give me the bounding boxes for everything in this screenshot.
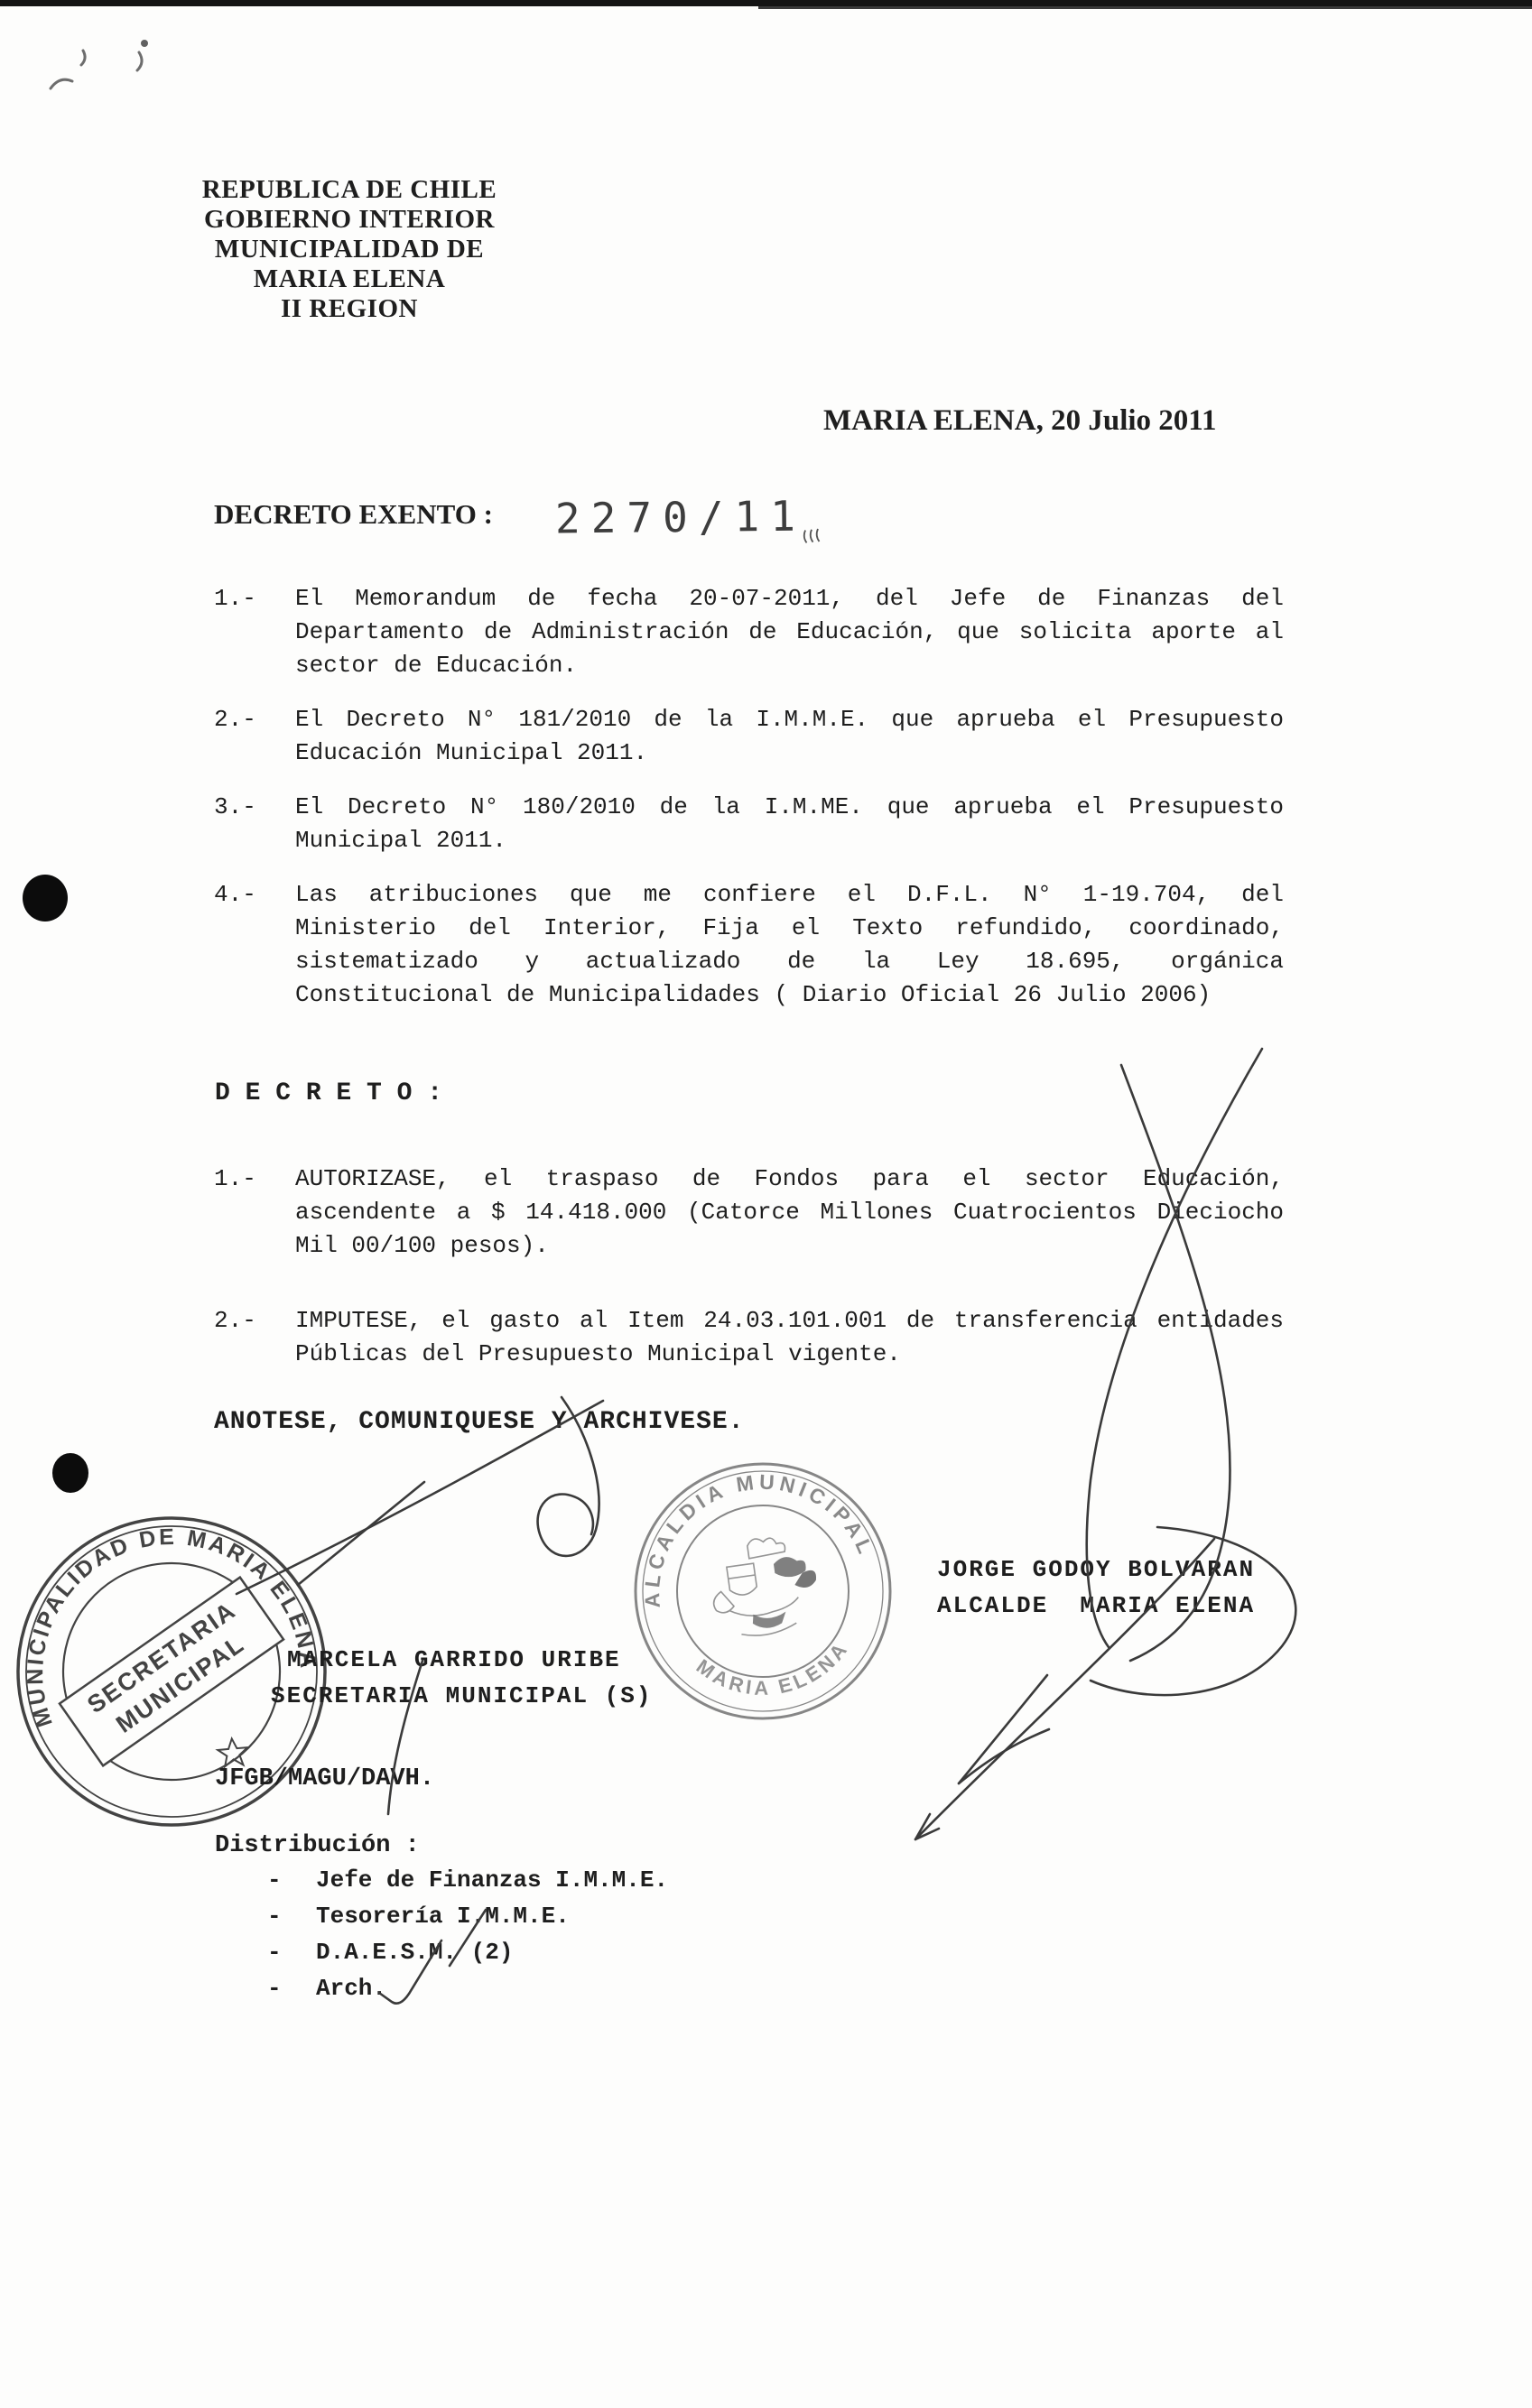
text-line: Constitucional de Municipalidades ( Diar… — [295, 978, 1284, 1012]
distribution-label: Distribución : — [215, 1832, 420, 1859]
item-text: AUTORIZASE, el traspaso de Fondos para e… — [295, 1162, 1284, 1263]
text-line: El Decreto N° 181/2010 de la I.M.M.E. qu… — [295, 703, 1284, 736]
text-line: Mil 00/100 pesos). — [295, 1229, 1284, 1263]
decreto-item: 2.-IMPUTESE, el gasto al Item 24.03.101.… — [214, 1304, 1284, 1371]
item-text: El Decreto N° 181/2010 de la I.M.M.E. qu… — [295, 703, 1284, 770]
distribution-item-label: D.A.E.S.M. (2) — [316, 1939, 513, 1975]
vistos-list: 1.-El Memorandum de fecha 20-07-2011, de… — [214, 582, 1284, 1033]
text-line: Departamento de Administración de Educac… — [295, 616, 1284, 649]
decree-number-stamp: 2270/11 — [555, 492, 806, 543]
text-line: Las atribuciones que me confiere el D.F.… — [295, 878, 1284, 912]
item-text: IMPUTESE, el gasto al Item 24.03.101.001… — [295, 1304, 1284, 1371]
decreto-item: 1.-AUTORIZASE, el traspaso de Fondos par… — [214, 1162, 1284, 1263]
distribution-item: -Jefe de Finanzas I.M.M.E. — [267, 1866, 668, 1903]
text-line: Municipal 2011. — [295, 824, 1284, 857]
visto-item: 3.-El Decreto N° 180/2010 de la I.M.ME. … — [214, 791, 1284, 857]
text-line: El Memorandum de fecha 20-07-2011, del J… — [295, 582, 1284, 616]
dash-bullet: - — [267, 1975, 316, 2011]
item-number: 2.- — [214, 703, 295, 770]
item-text: El Decreto N° 180/2010 de la I.M.ME. que… — [295, 791, 1284, 857]
date-line: MARIA ELENA, 20 Julio 2011 — [823, 404, 1216, 438]
letterhead: REPUBLICA DE CHILEGOBIERNO INTERIORMUNIC… — [155, 175, 543, 324]
item-number: 1.- — [214, 582, 295, 682]
decreto-list: 1.-AUTORIZASE, el traspaso de Fondos par… — [214, 1162, 1284, 1412]
text-line: ascendente a $ 14.418.000 (Catorce Millo… — [295, 1196, 1284, 1229]
dash-bullet: - — [267, 1903, 316, 1939]
item-number: 4.- — [214, 878, 295, 1012]
distribution-item-label: Tesorería I.M.M.E. — [316, 1903, 570, 1939]
visto-item: 4.-Las atribuciones que me confiere el D… — [214, 878, 1284, 1012]
letterhead-line: MUNICIPALIDAD DE — [155, 235, 543, 264]
dash-bullet: - — [267, 1939, 316, 1975]
dash-bullet: - — [267, 1866, 316, 1903]
item-number: 3.- — [214, 791, 295, 857]
distribution-item: -Arch. — [267, 1975, 668, 2011]
visto-item: 2.-El Decreto N° 181/2010 de la I.M.M.E.… — [214, 703, 1284, 770]
alcalde-title: ALCALDE MARIA ELENA — [937, 1592, 1255, 1619]
alcalde-name: JORGE GODOY BOLVARAN — [937, 1556, 1255, 1583]
text-line: Públicas del Presupuesto Municipal vigen… — [295, 1338, 1284, 1371]
closing-line: ANOTESE, COMUNIQUESE Y ARCHIVESE. — [214, 1408, 745, 1436]
letterhead-line: GOBIERNO INTERIOR — [155, 205, 543, 235]
item-text: El Memorandum de fecha 20-07-2011, del J… — [295, 582, 1284, 682]
typed-content: REPUBLICA DE CHILEGOBIERNO INTERIORMUNIC… — [0, 0, 1532, 2408]
distribution-item-label: Arch. — [316, 1975, 386, 2011]
text-line: IMPUTESE, el gasto al Item 24.03.101.001… — [295, 1304, 1284, 1338]
letterhead-line: II REGION — [155, 294, 543, 324]
distribution-item-label: Jefe de Finanzas I.M.M.E. — [316, 1866, 668, 1903]
distribution-item: -D.A.E.S.M. (2) — [267, 1939, 668, 1975]
visto-item: 1.-El Memorandum de fecha 20-07-2011, de… — [214, 582, 1284, 682]
decree-number-label: DECRETO EXENTO : — [214, 498, 493, 531]
letterhead-line: MARIA ELENA — [155, 264, 543, 294]
item-number: 2.- — [214, 1304, 295, 1371]
drafting-initials: JFGB/MAGU/DAVH. — [215, 1765, 434, 1792]
text-line: El Decreto N° 180/2010 de la I.M.ME. que… — [295, 791, 1284, 824]
letterhead-line: REPUBLICA DE CHILE — [155, 175, 543, 205]
text-line: Ministerio del Interior, Fija el Texto r… — [295, 912, 1284, 945]
text-line: sector de Educación. — [295, 649, 1284, 682]
secretaria-title: SECRETARIA MUNICIPAL (S) — [271, 1682, 652, 1709]
distribution-item: -Tesorería I.M.M.E. — [267, 1903, 668, 1939]
text-line: Educación Municipal 2011. — [295, 736, 1284, 770]
text-line: sistematizado y actualizado de la Ley 18… — [295, 945, 1284, 978]
document-page: MUNICIPALIDAD DE MARIA ELENA SECRETARIA … — [0, 0, 1532, 2408]
text-line: AUTORIZASE, el traspaso de Fondos para e… — [295, 1162, 1284, 1196]
decreto-heading: D E C R E T O : — [215, 1079, 442, 1107]
item-text: Las atribuciones que me confiere el D.F.… — [295, 878, 1284, 1012]
item-number: 1.- — [214, 1162, 295, 1263]
distribution-list: -Jefe de Finanzas I.M.M.E.-Tesorería I.M… — [267, 1866, 668, 2011]
secretaria-name: MARCELA GARRIDO URIBE — [287, 1646, 621, 1673]
